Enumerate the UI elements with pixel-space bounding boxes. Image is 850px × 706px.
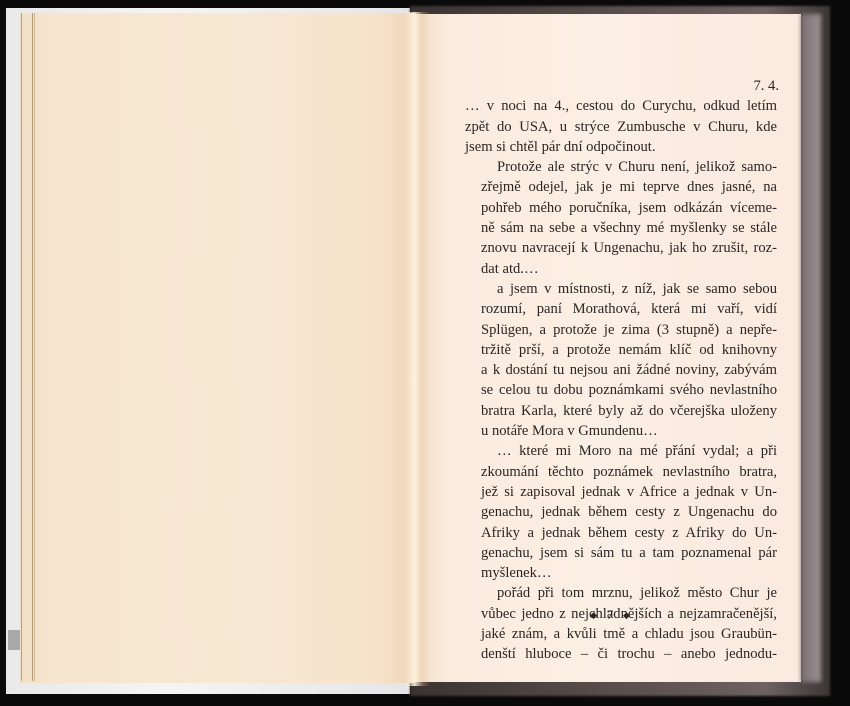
text-line: genachu, jednak během cesty z Ungenachu … (465, 502, 777, 522)
page-edge-line (21, 13, 22, 681)
text-line: bratra Karla, které byly až do včerejška… (465, 401, 777, 421)
text-line: zkoumání těchto poznámek nevlastního bra… (465, 462, 777, 482)
text-line: dat atd.… (465, 259, 777, 279)
paragraph-1: … v noci na 4., cestou do Curychu, odkud… (465, 96, 777, 157)
text-line: pohřeb mého poručníka, jsem odkázán více… (465, 198, 777, 218)
paragraph-3: a jsem v místnosti, z níž, jak se samo s… (465, 279, 777, 441)
text-line: … které mi Moro na mé přání vydal; a při (465, 441, 777, 461)
page-edge-line (34, 13, 35, 681)
text-line: jsem si chtěl pár dní odpočinout. (465, 137, 777, 157)
page-edge-shadow (801, 14, 821, 682)
diamond-ornament-icon: ◆ (623, 610, 630, 620)
text-line: jež si zapisoval jednak v Africe a jedna… (465, 482, 777, 502)
paragraph-2: Protože ale strýc v Churu není, jelikož … (465, 157, 777, 279)
page-number-folio: ◆ 7 ◆ (585, 607, 635, 623)
date-heading: 7. 4. (465, 76, 779, 96)
text-line: ně sám na sebe a všechny mé myšlenky se … (465, 218, 777, 238)
text-line: tržitě prší, a protože nemám klíč od kni… (465, 340, 777, 360)
text-line: u notáře Mora v Gmundenu… (465, 421, 777, 441)
text-line: a jsem v místnosti, z níž, jak se samo s… (465, 279, 777, 299)
page-edge-line (32, 13, 33, 681)
left-page-blank (20, 13, 414, 683)
paragraph-5: pořád při tom mrznu, jelikož město Chur … (465, 583, 777, 664)
text-line: rozumí, paní Morathová, která mi vaří, v… (465, 299, 777, 319)
page-text: 7. 4. … v noci na 4., cestou do Curychu,… (465, 76, 777, 665)
text-line: denští hluboce – či trochu – anebo jedno… (465, 644, 777, 664)
page-number: 7 (607, 607, 614, 622)
text-line: myšlenek… (465, 563, 777, 583)
text-line: Splügen, a protože je zima (3 stupně) a … (465, 320, 777, 340)
text-line: znovu navracejí k Ungenachu, jak ho zruš… (465, 238, 777, 258)
text-line: se celou tu dobu poznámkami svého nevlas… (465, 380, 777, 400)
text-line: genachu, jsem si sám tu a tam poznamenal… (465, 543, 777, 563)
text-line: zpět do USA, u strýce Zumbusche v Churu,… (465, 117, 777, 137)
text-line: jaké znám, a kvůli tmě a chladu jsou Gra… (465, 624, 777, 644)
book-gutter (404, 12, 430, 686)
text-line: zřejmě odejel, jak je mi teprve dnes jas… (465, 177, 777, 197)
paragraph-4: … které mi Moro na mé přání vydal; a při… (465, 441, 777, 583)
text-line: Protože ale strýc v Churu není, jelikož … (465, 157, 777, 177)
text-line: pořád při tom mrznu, jelikož město Chur … (465, 583, 777, 603)
text-line: a k dostání tu nejsou ani žádné noviny, … (465, 360, 777, 380)
text-line: Afriky a jednak během cesty z Afriky do … (465, 523, 777, 543)
diamond-ornament-icon: ◆ (590, 610, 597, 620)
text-line: … v noci na 4., cestou do Curychu, odkud… (465, 96, 777, 116)
